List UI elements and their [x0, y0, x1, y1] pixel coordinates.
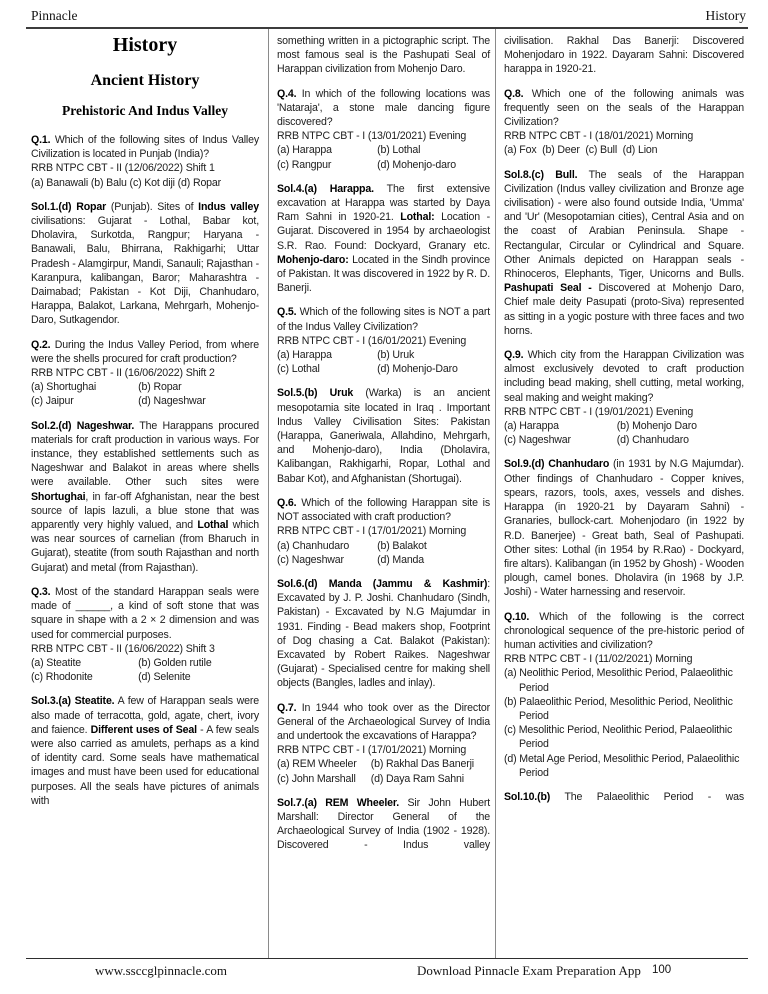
question-2: Q.2. During the Indus Valley Period, fro…	[31, 338, 259, 409]
question-10: Q.10. Which of the following is the corr…	[504, 610, 744, 780]
exam-source: RRB NTPC CBT - I (17/01/2021) Morning	[277, 524, 490, 538]
option-item: (b) Golden rutile	[138, 656, 259, 670]
text-paragraph: Sol.2.(d) Nageshwar. The Harappans procu…	[31, 419, 259, 575]
option-item: (a) REM Wheeler	[277, 757, 371, 771]
solution-10: Sol.10.(b) The Palaeolithic Period - was	[504, 790, 744, 804]
text-paragraph: Q.1. Which of the following sites of Ind…	[31, 133, 259, 161]
options-row: (a) Harappa(b) Lothal	[277, 143, 490, 157]
text-paragraph: Sol.7.(a) REM Wheeler. Sir John Hubert M…	[277, 796, 490, 853]
text-paragraph: Q.9. Which city from the Harappan Civili…	[504, 348, 744, 405]
options-line: (a) Fox (b) Deer (c) Bull (d) Lion	[504, 143, 744, 157]
text-paragraph: Q.8. Which one of the following animals …	[504, 87, 744, 130]
options-row: (a) Shortughai(b) Ropar	[31, 380, 259, 394]
option-item: (c) Mesolithic Period, Neolithic Period,…	[504, 723, 744, 751]
footer-website: www.ssccglpinnacle.com	[95, 963, 227, 979]
text-paragraph: Sol.1.(d) Ropar (Punjab). Sites of Indus…	[31, 200, 259, 328]
document-page: Pinnacle History HistoryAncient HistoryP…	[0, 0, 768, 994]
header-right-title: History	[706, 8, 747, 24]
header-left-title: Pinnacle	[31, 8, 78, 24]
text-paragraph: Sol.4.(a) Harappa. The first extensive e…	[277, 182, 490, 296]
question-5: Q.5. Which of the following sites is NOT…	[277, 305, 490, 376]
option-item: (b) Palaeolithic Period, Mesolithic Peri…	[504, 695, 744, 723]
text-paragraph: civilisation. Rakhal Das Banerji: Discov…	[504, 34, 744, 77]
option-item: (a) Steatite	[31, 656, 138, 670]
option-item: (b) Rakhal Das Banerji	[371, 757, 490, 771]
solution-3: Sol.3.(a) Steatite. A few of Harappan se…	[31, 694, 259, 808]
options-row: (a) REM Wheeler(b) Rakhal Das Banerji	[277, 757, 490, 771]
question-4: Q.4. In which of the following locations…	[277, 87, 490, 172]
page-footer: www.ssccglpinnacle.com Download Pinnacle…	[0, 958, 768, 994]
option-item: (a) Harappa	[277, 143, 377, 157]
text-paragraph: something written in a pictographic scri…	[277, 34, 490, 77]
text-paragraph: Sol.8.(c) Bull. The seals of the Harappa…	[504, 168, 744, 338]
text-paragraph: Q.7. In 1944 who took over as the Direct…	[277, 701, 490, 744]
text-paragraph: Sol.3.(a) Steatite. A few of Harappan se…	[31, 694, 259, 808]
option-item: (d) Nageshwar	[138, 394, 259, 408]
text-paragraph: Q.3. Most of the standard Harappan seals…	[31, 585, 259, 642]
option-item: (d) Mohenjo-daro	[377, 158, 490, 172]
exam-source: RRB NTPC CBT - II (16/06/2022) Shift 3	[31, 642, 259, 656]
question-9: Q.9. Which city from the Harappan Civili…	[504, 348, 744, 447]
exam-source: RRB NTPC CBT - I (16/01/2021) Evening	[277, 334, 490, 348]
column-1: HistoryAncient HistoryPrehistoric And In…	[26, 29, 268, 958]
options-row: (c) Nageshwar(d) Manda	[277, 553, 490, 567]
option-item: (a) Shortughai	[31, 380, 138, 394]
options-row: (c) Nageshwar(d) Chanhudaro	[504, 433, 744, 447]
option-item: (c) Lothal	[277, 362, 377, 376]
question-8: Q.8. Which one of the following animals …	[504, 87, 744, 158]
solution-9: Sol.9.(d) Chanhudaro (in 1931 by N.G Maj…	[504, 457, 744, 599]
options-row: (a) Chanhudaro(b) Balakot	[277, 539, 490, 553]
options-row: (c) John Marshall(d) Daya Ram Sahni	[277, 772, 490, 786]
option-item: (a) Harappa	[504, 419, 617, 433]
options-row: (a) Harappa(b) Uruk	[277, 348, 490, 362]
option-item: (d) Manda	[377, 553, 490, 567]
question-6: Q.6. Which of the following Harappan sit…	[277, 496, 490, 567]
exam-source: RRB NTPC CBT - I (19/01/2021) Evening	[504, 405, 744, 419]
footer-rule	[26, 958, 748, 959]
option-item: (d) Mohenjo-Daro	[377, 362, 490, 376]
options-row: (c) Lothal(d) Mohenjo-Daro	[277, 362, 490, 376]
text-paragraph: Q.4. In which of the following locations…	[277, 87, 490, 130]
text-paragraph: Q.10. Which of the following is the corr…	[504, 610, 744, 653]
solution-8: Sol.8.(c) Bull. The seals of the Harappa…	[504, 168, 744, 338]
section-title: Ancient History	[31, 71, 259, 90]
exam-source: RRB NTPC CBT - I (13/01/2021) Evening	[277, 129, 490, 143]
text-paragraph: Sol.5.(b) Uruk (Warka) is an ancient mes…	[277, 386, 490, 485]
option-item: (c) Nageshwar	[277, 553, 377, 567]
text-paragraph: Sol.6.(d) Manda (Jammu & Kashmir): Excav…	[277, 577, 490, 691]
option-item: (b) Lothal	[377, 143, 490, 157]
option-item: (a) Chanhudaro	[277, 539, 377, 553]
exam-source: RRB NTPC CBT - I (11/02/2021) Morning	[504, 652, 744, 666]
exam-source: RRB NTPC CBT - II (12/06/2022) Shift 1	[31, 161, 259, 175]
solution-4: Sol.4.(a) Harappa. The first extensive e…	[277, 182, 490, 296]
options-row: (c) Rangpur(d) Mohenjo-daro	[277, 158, 490, 172]
option-item: (c) Rangpur	[277, 158, 377, 172]
solution-7-continued: civilisation. Rakhal Das Banerji: Discov…	[504, 34, 744, 77]
option-item: (c) Jaipur	[31, 394, 138, 408]
content-columns: HistoryAncient HistoryPrehistoric And In…	[26, 29, 748, 958]
solution-2: Sol.2.(d) Nageshwar. The Harappans procu…	[31, 419, 259, 575]
option-item: (c) Nageshwar	[504, 433, 617, 447]
option-item: (b) Uruk	[377, 348, 490, 362]
options-line: (a) Banawali (b) Balu (c) Kot diji (d) R…	[31, 176, 259, 190]
footer-app-note: Download Pinnacle Exam Preparation App	[417, 963, 641, 979]
options-row: (a) Harappa(b) Mohenjo Daro	[504, 419, 744, 433]
solution-6: Sol.6.(d) Manda (Jammu & Kashmir): Excav…	[277, 577, 490, 691]
text-paragraph: Sol.10.(b) The Palaeolithic Period - was	[504, 790, 744, 804]
option-item: (b) Mohenjo Daro	[617, 419, 744, 433]
solution-1: Sol.1.(d) Ropar (Punjab). Sites of Indus…	[31, 200, 259, 328]
option-item: (d) Metal Age Period, Mesolithic Period,…	[504, 752, 744, 780]
text-paragraph: Q.2. During the Indus Valley Period, fro…	[31, 338, 259, 366]
solution-3-continued: something written in a pictographic scri…	[277, 34, 490, 77]
chapter-title: History	[31, 34, 259, 57]
exam-source: RRB NTPC CBT - II (16/06/2022) Shift 2	[31, 366, 259, 380]
option-item: (b) Balakot	[377, 539, 490, 553]
option-item: (a) Neolithic Period, Mesolithic Period,…	[504, 666, 744, 694]
question-3: Q.3. Most of the standard Harappan seals…	[31, 585, 259, 684]
column-3: civilisation. Rakhal Das Banerji: Discov…	[496, 29, 748, 958]
subsection-title: Prehistoric And Indus Valley	[31, 103, 259, 119]
page-number: 100	[652, 964, 671, 976]
exam-source: RRB NTPC CBT - I (18/01/2021) Morning	[504, 129, 744, 143]
solution-5: Sol.5.(b) Uruk (Warka) is an ancient mes…	[277, 386, 490, 485]
option-item: (d) Daya Ram Sahni	[371, 772, 490, 786]
text-paragraph: Q.5. Which of the following sites is NOT…	[277, 305, 490, 333]
text-paragraph: Sol.9.(d) Chanhudaro (in 1931 by N.G Maj…	[504, 457, 744, 599]
option-item: (b) Ropar	[138, 380, 259, 394]
question-1: Q.1. Which of the following sites of Ind…	[31, 133, 259, 190]
option-item: (d) Chanhudaro	[617, 433, 744, 447]
options-row: (c) Jaipur(d) Nageshwar	[31, 394, 259, 408]
question-7: Q.7. In 1944 who took over as the Direct…	[277, 701, 490, 786]
options-row: (a) Steatite(b) Golden rutile	[31, 656, 259, 670]
page-header: Pinnacle History	[0, 0, 768, 27]
option-item: (c) Rhodonite	[31, 670, 138, 684]
option-item: (d) Selenite	[138, 670, 259, 684]
exam-source: RRB NTPC CBT - I (17/01/2021) Morning	[277, 743, 490, 757]
text-paragraph: Q.6. Which of the following Harappan sit…	[277, 496, 490, 524]
option-item: (a) Harappa	[277, 348, 377, 362]
column-2: something written in a pictographic scri…	[268, 29, 496, 958]
solution-7: Sol.7.(a) REM Wheeler. Sir John Hubert M…	[277, 796, 490, 853]
options-row: (c) Rhodonite(d) Selenite	[31, 670, 259, 684]
option-item: (c) John Marshall	[277, 772, 371, 786]
